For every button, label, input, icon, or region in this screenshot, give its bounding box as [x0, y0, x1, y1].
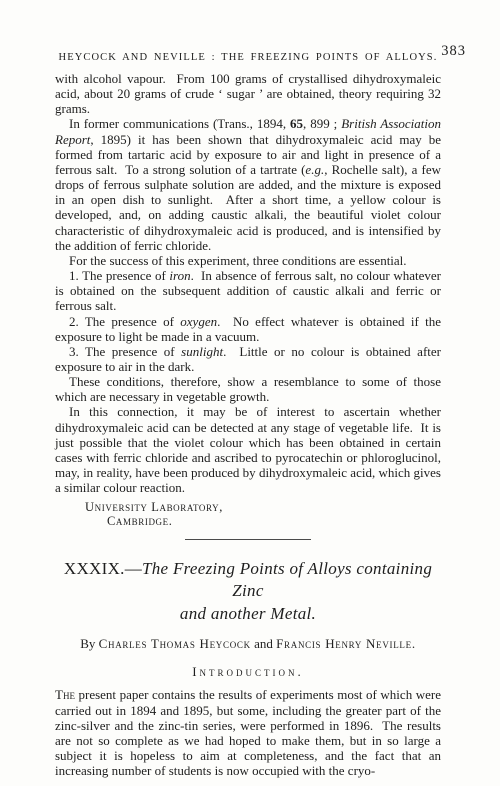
signature-city: Cambridge. [107, 515, 441, 529]
paragraph: In this connection, it may be of interes… [55, 404, 441, 495]
paragraph-condition-1: 1. The presence of iron. In absence of f… [55, 268, 441, 313]
paragraph-condition-2: 2. The presence of oxygen. No effect wha… [55, 314, 441, 344]
page-header: HEYCOCK AND NEVILLE : THE FREEZING POINT… [55, 47, 441, 65]
paragraph: These conditions, therefore, show a rese… [55, 374, 441, 404]
signature-affiliation: University Laboratory, [85, 501, 441, 515]
text-column: with alcohol vapour. From 100 grams of c… [55, 71, 441, 778]
signature-block: University Laboratory, Cambridge. [55, 501, 441, 529]
running-title: HEYCOCK AND NEVILLE : THE FREEZING POINT… [59, 52, 438, 63]
paragraph: In former communications (Trans., 1894, … [55, 116, 441, 252]
article-divider-rule [185, 539, 311, 540]
paragraph-condition-3: 3. The presence of sunlight. Little or n… [55, 344, 441, 374]
article-title: XXXIX.—The Freezing Points of Alloys con… [55, 558, 441, 626]
section-heading: Introduction. [55, 664, 441, 680]
paragraph-continuation: with alcohol vapour. From 100 grams of c… [55, 71, 441, 116]
paragraph: For the success of this experiment, thre… [55, 253, 441, 268]
journal-page: HEYCOCK AND NEVILLE : THE FREEZING POINT… [0, 0, 500, 786]
paragraph-introduction: The present paper contains the results o… [55, 687, 441, 778]
article-byline: By Charles Thomas Heycock and Francis He… [55, 636, 441, 652]
page-number: 383 [441, 43, 466, 60]
